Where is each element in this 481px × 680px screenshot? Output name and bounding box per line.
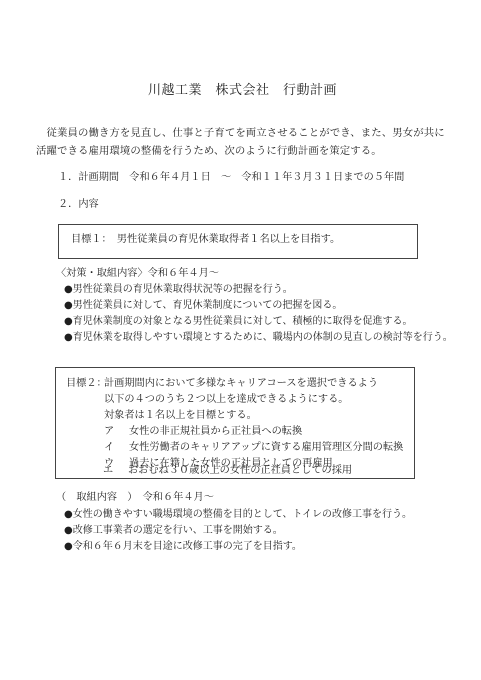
item-mark: ア xyxy=(104,422,129,437)
goal-1-measure: ●男性従業員に対して、育児休業制度についての把握を図る。 xyxy=(64,296,342,311)
section-content-heading: ２．内容 xyxy=(58,195,99,210)
goal-1-measure: ●育児休業制度の対象となる男性従業員に対して、積極的に取得を促進する。 xyxy=(64,312,413,327)
goal-2-measure: ●女性の働きやすい職場環境の整備を目的として、トイレの改修工事を行う。 xyxy=(64,505,412,520)
goal-1-box: 目標１： 男性従業員の育児休業取得者１名以上を目指す。 xyxy=(58,224,418,259)
intro-line-1: 従業員の働き方を見直し、仕事と子育てを両立させることができ、また、男女が共に xyxy=(36,124,445,139)
goal-2-item: イ女性労働者のキャリアアップに資する雇用管理区分間の転換 xyxy=(104,438,403,453)
item-text: 女性の非正規社員から正社員への転換 xyxy=(129,426,302,437)
section-plan-period: １．計画期間 令和６年４月１日 ～ 令和１１年３月３１日までの５年間 xyxy=(58,168,404,183)
item-mark: イ xyxy=(104,438,129,453)
goal-1-text: 目標１： 男性従業員の育児休業取得者１名以上を目指す。 xyxy=(71,230,340,245)
goal-1-measure: ●男性従業員の育児休業取得状況等の把握を行う。 xyxy=(64,280,293,295)
document-title: 川越工業 株式会社 行動計画 xyxy=(148,79,337,98)
goal-2-item: エおおむね３０歳以上の女性の正社員としての採用 xyxy=(103,461,352,476)
goal-1-measure: ●育児休業を取得しやすい環境とするために、職場内の体制の見直しの検討等を行う。 xyxy=(64,328,453,343)
item-text: おおむね３０歳以上の女性の正社員としての採用 xyxy=(128,465,352,476)
goal-2-measures-header: （ 取組内容 ） 令和６年４月～ xyxy=(56,488,214,503)
goal-2-label: 目標２： xyxy=(66,374,107,389)
goal-2-item: ア女性の非正規社員から正社員への転換 xyxy=(104,422,302,437)
goal-2-measure: ●改修工事業者の選定を行い、工事を開始する。 xyxy=(64,521,283,536)
intro-line-2: 活躍できる雇用環境の整備を行うため、次のように行動計画を策定する。 xyxy=(36,142,382,157)
goal-2-line: 以下の４つのうち２つ以上を達成できるようにする。 xyxy=(104,390,349,405)
goal-2-line: 計画期間内において多様なキャリアコースを選択できるよう xyxy=(104,374,378,389)
item-text: 女性労働者のキャリアアップに資する雇用管理区分間の転換 xyxy=(129,442,403,453)
item-mark: エ xyxy=(103,461,128,476)
goal-2-line: 対象者は１名以上を目標とする。 xyxy=(104,406,257,421)
goal-2-measure: ●令和６年６月末を目途に改修工事の完了を目指す。 xyxy=(64,537,302,552)
goal-1-measures-header: 〈対策・取組内容〉令和６年４月～ xyxy=(56,264,219,279)
